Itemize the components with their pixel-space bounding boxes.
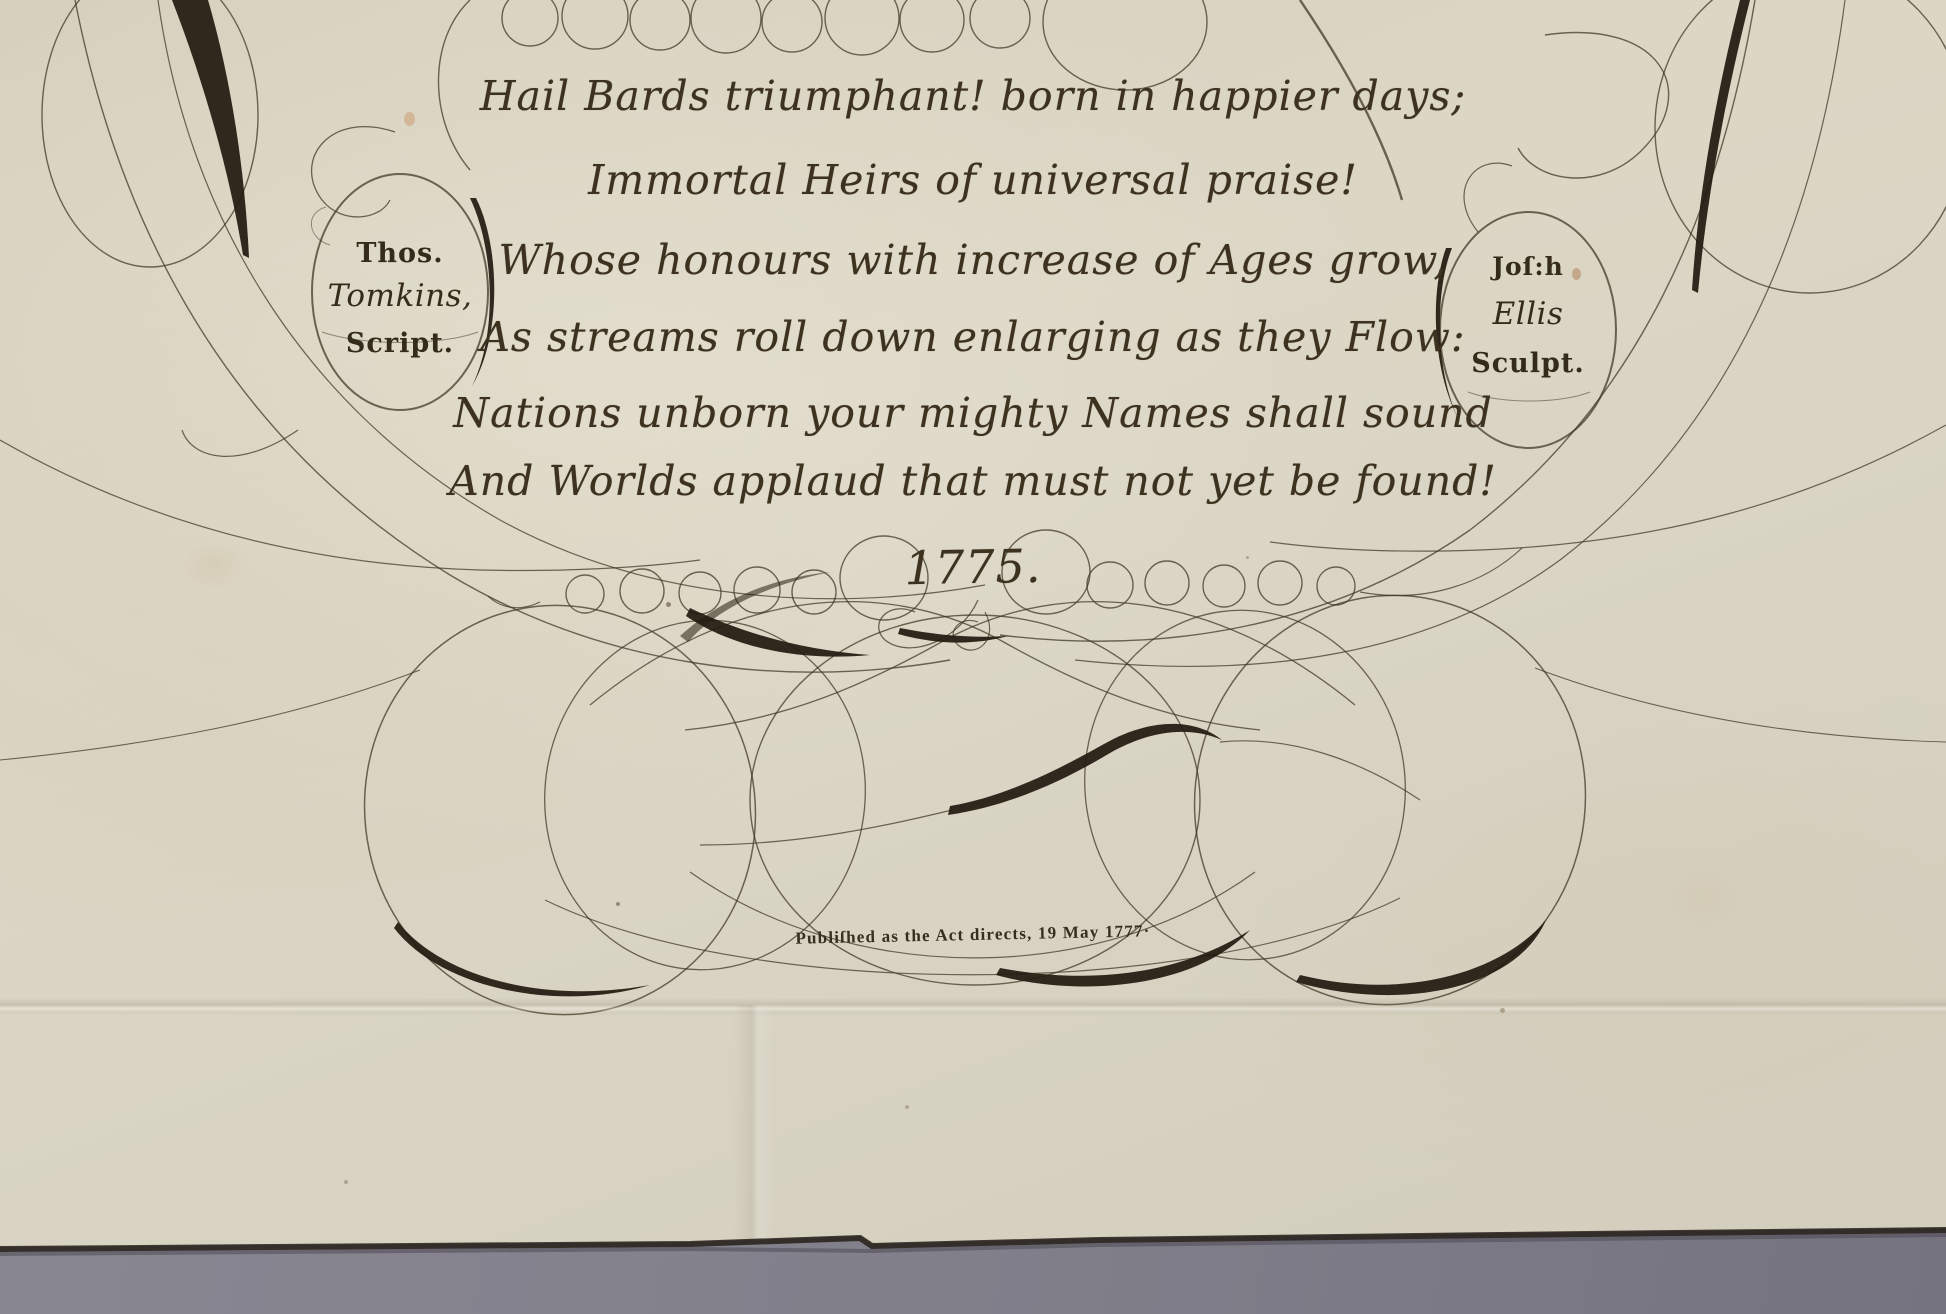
paper-edge-shadow bbox=[0, 0, 1946, 1314]
photograph-of-engraving: { "artwork": { "poem": { "lines": [ "Hai… bbox=[0, 0, 1946, 1314]
